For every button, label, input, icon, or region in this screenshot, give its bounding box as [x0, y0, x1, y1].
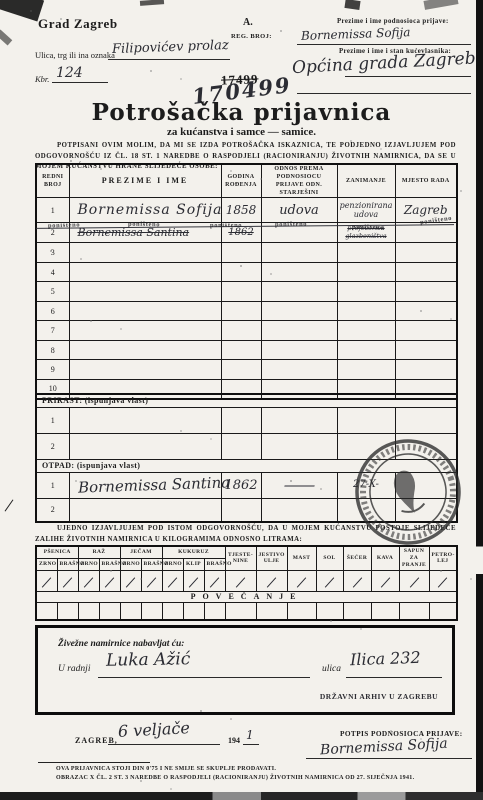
year-underline: [243, 744, 259, 745]
group-psenica: PŠENICA: [36, 546, 78, 558]
signature-underline: [306, 758, 472, 759]
year-suffix-handwritten: 1: [246, 729, 254, 741]
col-header-occupation: ZANIMANJE: [337, 164, 395, 198]
form-letter: A.: [243, 17, 253, 28]
row-num: 1: [36, 472, 69, 498]
cancel-stamp: poništeno: [275, 221, 307, 229]
house-number-label: Kbr.: [35, 74, 49, 84]
row-num: 3: [36, 243, 69, 263]
row-num: 2: [36, 433, 69, 459]
row-num: 1: [36, 198, 69, 223]
owner-underline: [345, 76, 471, 77]
empty-underline: [297, 93, 471, 94]
sub-zrno: ZRNO: [120, 558, 141, 570]
reg-number-label: REG. BROJ:: [231, 33, 272, 40]
shop-label: U radnji: [58, 664, 90, 674]
member-name-handwritten: Bornemissa Sofija: [78, 202, 223, 218]
group-jecam: JEČAM: [120, 546, 162, 558]
street-underline: [108, 59, 230, 60]
sub-brasno: BRAŠNO: [141, 558, 162, 570]
fine-print-rule: [38, 762, 150, 763]
purchase-street-underline: [346, 677, 442, 678]
scan-smudge: [344, 0, 360, 10]
street-handwritten-value: Filipovićev prolaz: [112, 39, 229, 56]
stocks-values-row: [36, 570, 457, 591]
scan-edge-bottom: [0, 792, 483, 800]
scan-smudge: [0, 0, 44, 21]
group-kukuruz: KUKURUZ: [162, 546, 225, 558]
sub-brasno: BRAŠNO: [57, 558, 78, 570]
col-header-name: PREZIME I IME: [69, 164, 221, 198]
house-number-underline: [52, 82, 108, 83]
row-num: 1: [36, 407, 69, 433]
cancel-stamp: poništeno: [352, 224, 384, 232]
form-subtitle: za kućanstva i samce — samice.: [0, 126, 483, 138]
row-num: 2: [36, 498, 69, 522]
col-petrolej: PETRO- LEJ: [429, 546, 457, 570]
household-table: REDNI BROJ PREZIME I IME GODINA ROĐENJA …: [35, 163, 458, 400]
scan-smudge: [423, 0, 458, 10]
archive-stamp-text: DRŽAVNI ARHIV U ZAGREBU: [320, 692, 438, 701]
cancel-stamp: poništeno: [48, 221, 80, 229]
applicant-handwritten-value: Bornemissa Sofija: [301, 26, 411, 42]
purchase-street-handwritten: Ilica 232: [350, 650, 421, 668]
scan-smudge: [140, 0, 164, 6]
sub-brasno: BRAŠNO: [204, 558, 225, 570]
household-header-row: REDNI BROJ PREZIME I IME GODINA ROĐENJA …: [36, 164, 457, 198]
street-label: Ulica, trg ili ina oznaka: [35, 50, 115, 60]
stocks-empty-row: [36, 602, 457, 620]
otpad-name-handwritten: Bornemissa Santina: [77, 475, 230, 495]
member-relation-handwritten: udova: [279, 203, 319, 218]
household-row-1: 1 Bornemissa Sofija 1858 udova penzionir…: [36, 198, 457, 223]
otpad-dash-handwritten: —: [283, 478, 316, 493]
stocks-table: PŠENICA RAŽ JEČAM KUKURUZ TJESTE- NINE J…: [35, 545, 458, 621]
col-jestivo-ulje: JESTIVO ULJE: [256, 546, 287, 570]
col-sol: SOL: [316, 546, 343, 570]
signature-handwritten: Bornemissa Sofija: [320, 737, 448, 758]
scan-smudge: [0, 30, 12, 46]
stock-slash-mark: [42, 577, 51, 587]
scan-noise: [30, 10, 32, 12]
row-num: 8: [36, 340, 69, 360]
col-mast: MAST: [287, 546, 316, 570]
col-header-year: GODINA ROĐENJA: [221, 164, 261, 198]
col-header-workplace: MJESTO RADA: [395, 164, 457, 198]
prirast-section-label: PRIRAST: (ispunjava vlast): [36, 394, 457, 407]
applicant-label: Prezime i ime podnosioca prijave:: [337, 18, 449, 25]
sub-zrno: ZRNO: [78, 558, 99, 570]
shop-handwritten-value: Luka Ažić: [106, 651, 191, 669]
cancel-stamp: poništeno: [210, 222, 242, 229]
scan-noise: [60, 18, 62, 20]
sub-zrno: ZRNO: [36, 558, 57, 570]
year-prefix: 194: [228, 736, 240, 745]
city-heading: Grad Zagreb: [38, 16, 118, 32]
col-secer: ŠEĆER: [343, 546, 371, 570]
cancel-stamp: poništeno: [128, 221, 160, 229]
date-underline: [108, 744, 220, 745]
owner-handwritten-value: Općina grada Zagreba: [292, 50, 483, 77]
row-num: 7: [36, 321, 69, 341]
member-year-handwritten: 1858: [226, 203, 257, 217]
scanned-form-page: Grad Zagreb Ulica, trg ili ina oznaka Fi…: [0, 0, 483, 800]
sub-klip: KLIP: [183, 558, 204, 570]
stray-pen-mark: [5, 499, 14, 511]
member-occupation-handwritten: penzionirana udova: [340, 201, 393, 220]
col-header-relation: ODNOS PREMA PODNOSIOCU PRIJAVE ODN. STAR…: [261, 164, 337, 198]
price-note: OVA PRIJAVNICA STOJI DIN 0'75 I NE SMIJE…: [56, 766, 276, 772]
col-header-num: REDNI BROJ: [36, 164, 69, 198]
shop-underline: [98, 677, 310, 678]
sub-brasno: BRAŠNO: [99, 558, 120, 570]
house-number-handwritten-value: 124: [56, 66, 83, 80]
date-handwritten: 6 veljače: [118, 720, 191, 740]
purchase-intro: Živežne namirnice nabavljat ću:: [58, 639, 184, 649]
scan-edge-right: [476, 0, 483, 792]
row-num: 4: [36, 262, 69, 282]
purchase-declaration-box: Živežne namirnice nabavljat ću: U radnji…: [35, 625, 455, 715]
row-num: 5: [36, 282, 69, 302]
purchase-street-label: ulica: [322, 664, 341, 674]
sub-zrno: ZRNO: [162, 558, 183, 570]
form-title: Potrošačka prijavnica: [0, 99, 483, 126]
applicant-underline: [297, 44, 471, 45]
group-raz: RAŽ: [78, 546, 120, 558]
row-num: 6: [36, 301, 69, 321]
row-num: 9: [36, 360, 69, 380]
form-reference-note: OBRAZAC X ČL. 2 ST. 3 NAREDBE O RASPODJE…: [56, 775, 414, 781]
povecanje-row-label: POVEĆANJE: [36, 591, 457, 602]
